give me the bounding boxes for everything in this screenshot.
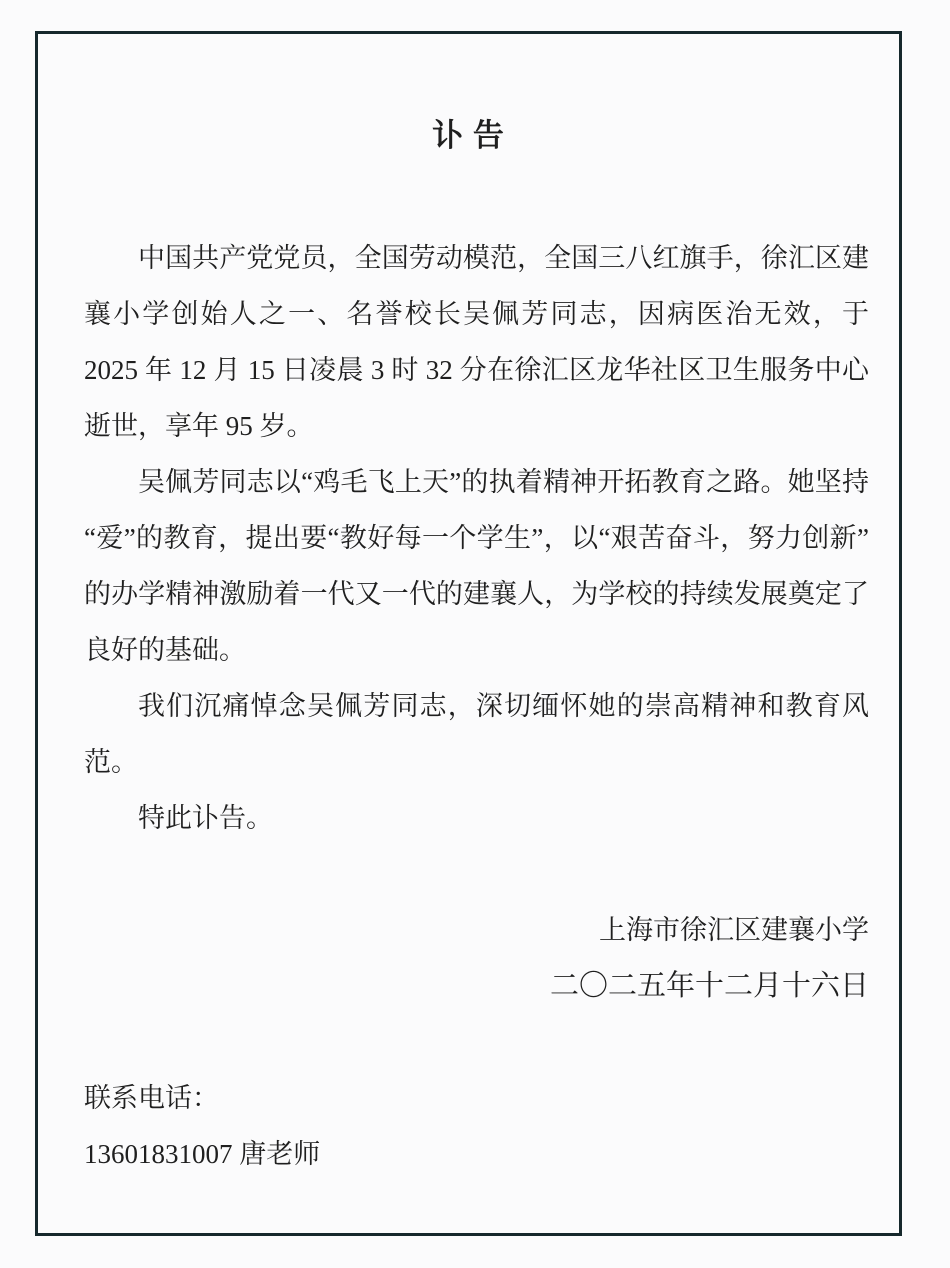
page-title: 讣 告 <box>38 116 899 156</box>
signature-organization: 上海市徐汇区建襄小学 <box>84 902 869 958</box>
contact-phone: 13601831007 唐老师 <box>84 1126 869 1182</box>
document-body: 中国共产党党员，全国劳动模范，全国三八红旗手，徐汇区建襄小学创始人之一、名誉校长… <box>84 230 869 1182</box>
paragraph-closing: 特此讣告。 <box>84 790 869 846</box>
paragraph-tribute: 吴佩芳同志以“鸡毛飞上天”的执着精神开拓教育之路。她坚持“爱”的教育，提出要“教… <box>84 454 869 678</box>
border-frame: 讣 告 中国共产党党员，全国劳动模范，全国三八红旗手，徐汇区建襄小学创始人之一、… <box>35 31 902 1236</box>
contact-block: 联系电话： 13601831007 唐老师 <box>84 1070 869 1182</box>
signature-date: 二〇二五年十二月十六日 <box>84 958 869 1014</box>
signature-block: 上海市徐汇区建襄小学 二〇二五年十二月十六日 <box>84 902 869 1014</box>
paragraph-announcement: 中国共产党党员，全国劳动模范，全国三八红旗手，徐汇区建襄小学创始人之一、名誉校长… <box>84 230 869 454</box>
paragraph-mourning: 我们沉痛悼念吴佩芳同志，深切缅怀她的崇高精神和教育风范。 <box>84 678 869 790</box>
contact-label: 联系电话： <box>84 1070 869 1126</box>
obituary-page: { "document": { "title": "讣 告", "paragra… <box>0 0 950 1268</box>
